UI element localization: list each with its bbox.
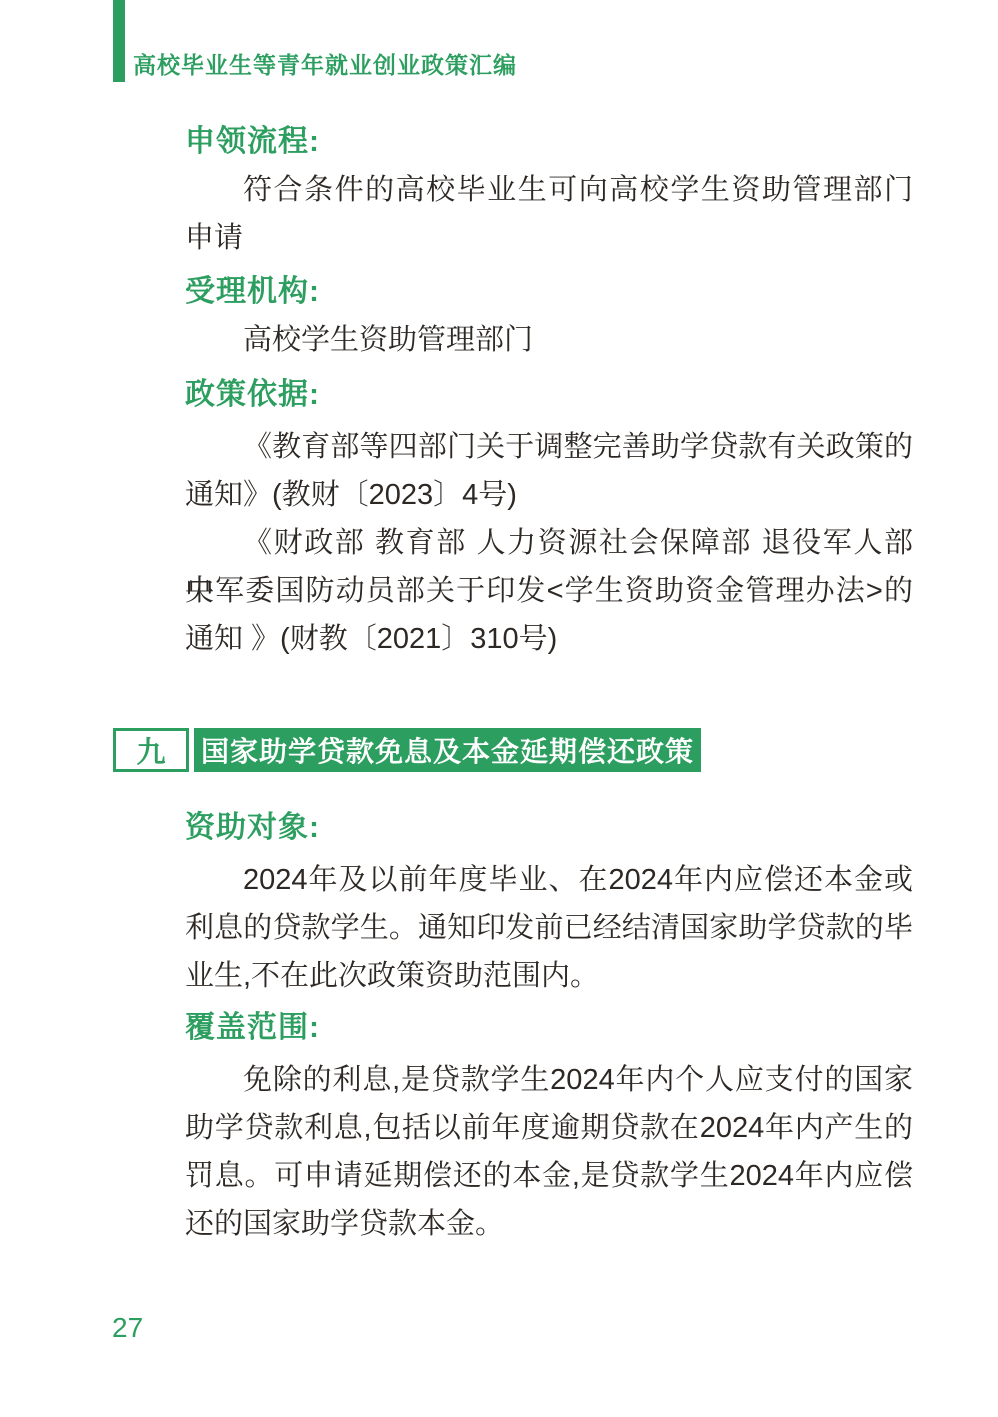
- text-line: 免除的利息,是贷款学生2024年内个人应支付的国家: [185, 1056, 913, 1104]
- text-line: 符合条件的高校毕业生可向高校学生资助管理部门: [185, 166, 913, 214]
- text-line: 罚息。可申请延期偿还的本金,是贷款学生2024年内应偿: [185, 1152, 913, 1200]
- paragraph-policy-basis-1: 《教育部等四部门关于调整完善助学贷款有关政策的 通知》(教财〔2023〕4号): [185, 423, 913, 519]
- section-heading-accepting-agency: 受理机构:: [185, 274, 913, 310]
- paragraph-policy-basis-2: 《财政部 教育部 人力资源社会保障部 退役军人部 中 央军委国防动员部关于印发<…: [185, 519, 913, 663]
- text-line: 《财政部 教育部 人力资源社会保障部 退役军人部 中: [185, 519, 913, 567]
- paragraph-funding-target: 2024年及以前年度毕业、在2024年内应偿还本金或 利息的贷款学生。通知印发前…: [185, 856, 913, 1000]
- section-number-badge: 九: [113, 728, 189, 772]
- section-banner-title: 国家助学贷款免息及本金延期偿还政策: [194, 728, 701, 772]
- section-heading-coverage-scope: 覆盖范围:: [185, 1010, 913, 1046]
- text-line: 通知》(教财〔2023〕4号): [185, 471, 913, 519]
- text-line: 央军委国防动员部关于印发<学生资助资金管理办法>的: [185, 567, 913, 615]
- text-line: 利息的贷款学生。通知印发前已经结清国家助学贷款的毕: [185, 904, 913, 952]
- text-line: 还的国家助学贷款本金。: [185, 1200, 913, 1248]
- paragraph-accepting-agency: 高校学生资助管理部门: [185, 316, 913, 364]
- section-heading-funding-target: 资助对象:: [185, 810, 913, 846]
- header-title: 高校毕业生等青年就业创业政策汇编: [133, 50, 517, 80]
- header-accent-bar: [113, 0, 125, 82]
- text-line: 《教育部等四部门关于调整完善助学贷款有关政策的: [185, 423, 913, 471]
- text-line: 高校学生资助管理部门: [185, 316, 913, 364]
- text-line: 申请: [185, 214, 913, 262]
- paragraph-coverage-scope: 免除的利息,是贷款学生2024年内个人应支付的国家 助学贷款利息,包括以前年度逾…: [185, 1056, 913, 1248]
- text-line: 助学贷款利息,包括以前年度逾期贷款在2024年内产生的: [185, 1104, 913, 1152]
- page-number: 27: [112, 1310, 143, 1346]
- text-line: 2024年及以前年度毕业、在2024年内应偿还本金或: [185, 856, 913, 904]
- page: 高校毕业生等青年就业创业政策汇编 申领流程: 符合条件的高校毕业生可向高校学生资…: [0, 0, 998, 1417]
- section-heading-application-process: 申领流程:: [185, 124, 913, 160]
- text-line: 通知 》(财教〔2021〕310号): [185, 615, 913, 663]
- section-banner: 九 国家助学贷款免息及本金延期偿还政策: [113, 728, 701, 772]
- paragraph-application-process: 符合条件的高校毕业生可向高校学生资助管理部门 申请: [185, 166, 913, 262]
- text-line: 业生,不在此次政策资助范围内。: [185, 952, 913, 1000]
- section-heading-policy-basis: 政策依据:: [185, 377, 913, 413]
